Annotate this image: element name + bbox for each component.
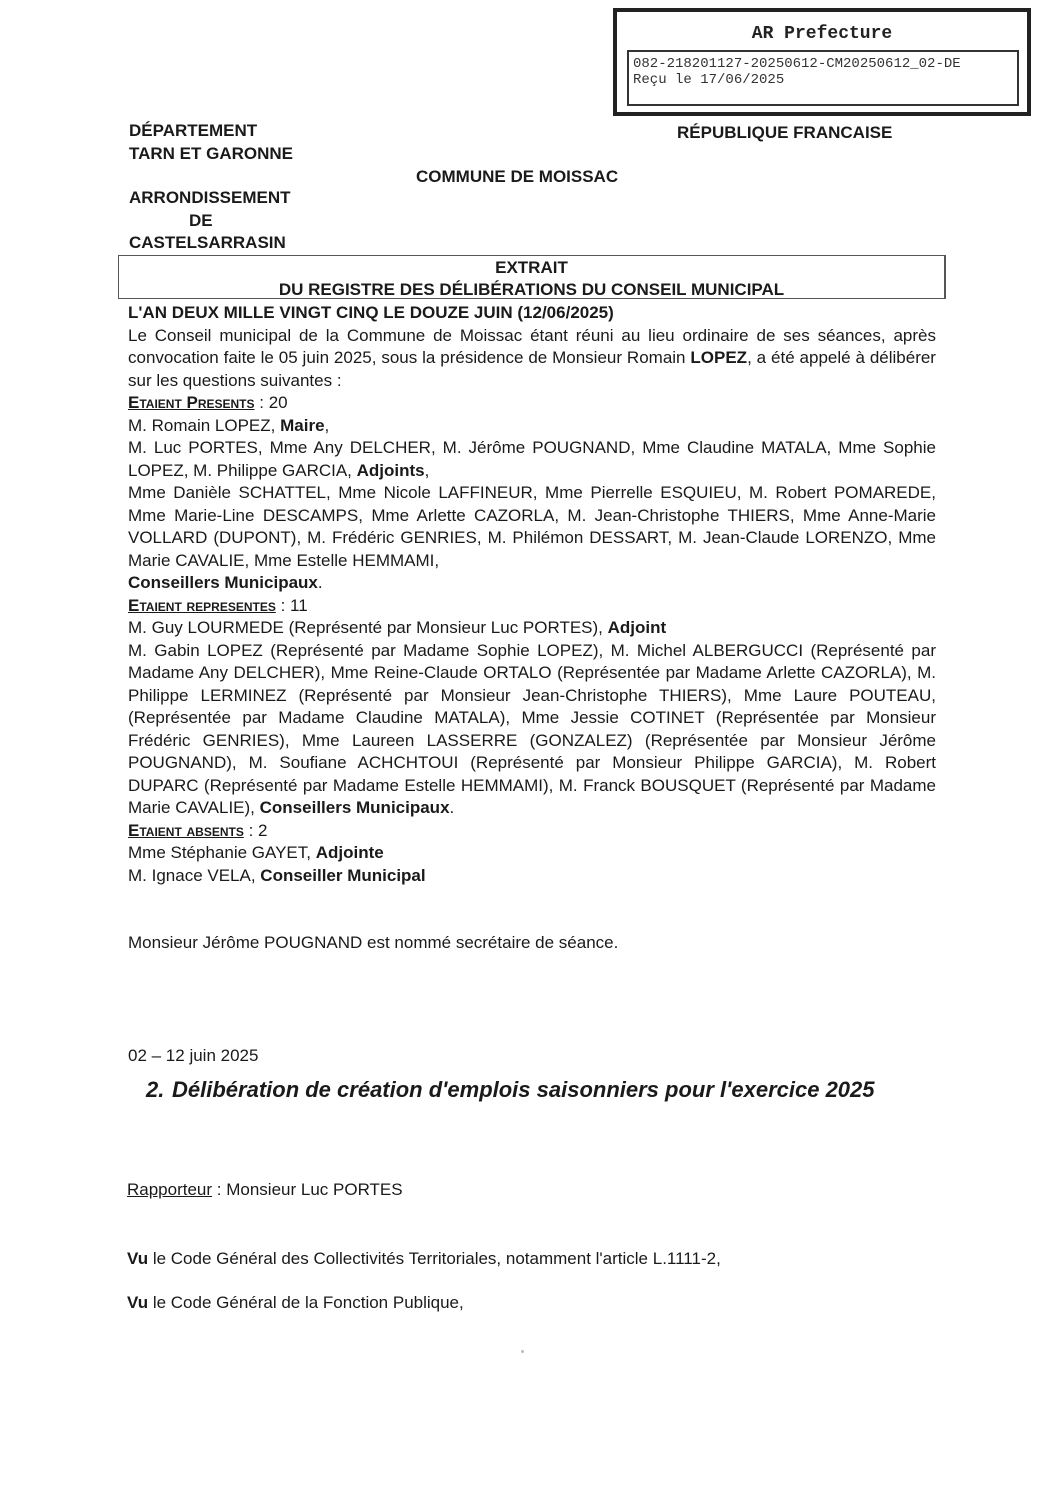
ar-prefecture-stamp: AR Prefecture 082-218201127-20250612-CM2…: [613, 8, 1031, 116]
departement-label: DÉPARTEMENT: [129, 119, 293, 142]
republique-label: RÉPUBLIQUE FRANCAISE: [677, 121, 892, 144]
secretaire-line: Monsieur Jérôme POUGNAND est nommé secré…: [128, 933, 618, 953]
representes-adjoint-names: M. Guy LOURMEDE (Représenté par Monsieur…: [128, 618, 608, 637]
representes-count: : 11: [276, 596, 308, 615]
vu-line-1: Vu le Code Général des Collectivités Ter…: [127, 1249, 721, 1269]
arrondissement-name: CASTELSARRASIN: [129, 232, 291, 255]
departement-name: TARN ET GARONNE: [129, 142, 293, 165]
representes-conseillers: M. Gabin LOPEZ (Représenté par Madame So…: [128, 640, 936, 820]
extrait-subtitle: DU REGISTRE DES DÉLIBÉRATIONS DU CONSEIL…: [119, 280, 944, 300]
departement-block: DÉPARTEMENT TARN ET GARONNE: [129, 119, 293, 165]
absent-line-1: Mme Stéphanie GAYET, Adjointe: [128, 842, 936, 865]
representes-conseillers-names: M. Gabin LOPEZ (Représenté par Madame So…: [128, 641, 936, 818]
stamp-received-date: Reçu le 17/06/2025: [633, 72, 1013, 88]
absent-2-role: Conseiller Municipal: [260, 866, 425, 885]
deliberation-ref-date: 02 – 12 juin 2025: [128, 1046, 258, 1066]
arrondissement-block: ARRONDISSEMENT DE CASTELSARRASIN: [129, 187, 291, 255]
arrondissement-de: DE: [129, 210, 291, 233]
extrait-box: EXTRAIT DU REGISTRE DES DÉLIBÉRATIONS DU…: [118, 255, 946, 299]
presents-label: Etaient Presents: [128, 393, 255, 412]
vu-1-label: Vu: [127, 1249, 148, 1268]
deliberation-title: Délibération de création d'emplois saiso…: [172, 1076, 935, 1104]
absent-2-name: M. Ignace VELA,: [128, 866, 260, 885]
adjoints-names: M. Luc PORTES, Mme Any DELCHER, M. Jérôm…: [128, 438, 936, 480]
conseillers-presents-role: Conseillers Municipaux: [128, 573, 318, 592]
presents-count: : 20: [255, 393, 288, 412]
vu-2-text: le Code Général de la Fonction Publique,: [148, 1293, 464, 1312]
absent-1-role: Adjointe: [316, 843, 384, 862]
vu-1-text: le Code Général des Collectivités Territ…: [148, 1249, 721, 1268]
arrondissement-label: ARRONDISSEMENT: [129, 187, 291, 210]
scan-speck: [521, 1350, 524, 1353]
session-body: L'AN DEUX MILLE VINGT CINQ LE DOUZE JUIN…: [128, 302, 936, 887]
absents-count: : 2: [244, 821, 268, 840]
absent-1-name: Mme Stéphanie GAYET,: [128, 843, 316, 862]
rapporteur-line: Rapporteur : Monsieur Luc PORTES: [127, 1180, 403, 1200]
stamp-reference: 082-218201127-20250612-CM20250612_02-DE: [633, 56, 1013, 72]
absents-heading: Etaient absents : 2: [128, 820, 936, 843]
president-name: LOPEZ: [690, 348, 747, 367]
vu-2-label: Vu: [127, 1293, 148, 1312]
absents-label: Etaient absents: [128, 821, 244, 840]
representes-adjoint-line: M. Guy LOURMEDE (Représenté par Monsieur…: [128, 617, 936, 640]
adjoints-line: M. Luc PORTES, Mme Any DELCHER, M. Jérôm…: [128, 437, 936, 482]
maire-role: Maire: [280, 416, 324, 435]
vu-line-2: Vu le Code Général de la Fonction Publiq…: [127, 1293, 464, 1313]
absent-line-2: M. Ignace VELA, Conseiller Municipal: [128, 865, 936, 888]
stamp-title: AR Prefecture: [617, 24, 1027, 44]
conseillers-presents: Mme Danièle SCHATTEL, Mme Nicole LAFFINE…: [128, 482, 936, 572]
adjoints-role: Adjoints: [357, 461, 425, 480]
conseillers-presents-role-line: Conseillers Municipaux.: [128, 572, 936, 595]
maire-line: M. Romain LOPEZ, Maire,: [128, 415, 936, 438]
representes-conseillers-role: Conseillers Municipaux: [260, 798, 450, 817]
presents-heading: Etaient Presents : 20: [128, 392, 936, 415]
deliberation-number: 2.: [146, 1076, 166, 1104]
maire-name: M. Romain LOPEZ,: [128, 416, 280, 435]
session-intro: Le Conseil municipal de la Commune de Mo…: [128, 325, 936, 393]
extrait-title: EXTRAIT: [119, 258, 944, 278]
session-date-heading: L'AN DEUX MILLE VINGT CINQ LE DOUZE JUIN…: [128, 302, 936, 325]
representes-heading: Etaient representes : 11: [128, 595, 936, 618]
commune-name: COMMUNE DE MOISSAC: [416, 165, 618, 188]
representes-adjoint-role: Adjoint: [608, 618, 667, 637]
rapporteur-value: : Monsieur Luc PORTES: [212, 1180, 403, 1199]
conseillers-presents-names: Mme Danièle SCHATTEL, Mme Nicole LAFFINE…: [128, 483, 936, 570]
representes-label: Etaient representes: [128, 596, 276, 615]
stamp-details: 082-218201127-20250612-CM20250612_02-DE …: [627, 50, 1019, 106]
rapporteur-label: Rapporteur: [127, 1180, 212, 1199]
